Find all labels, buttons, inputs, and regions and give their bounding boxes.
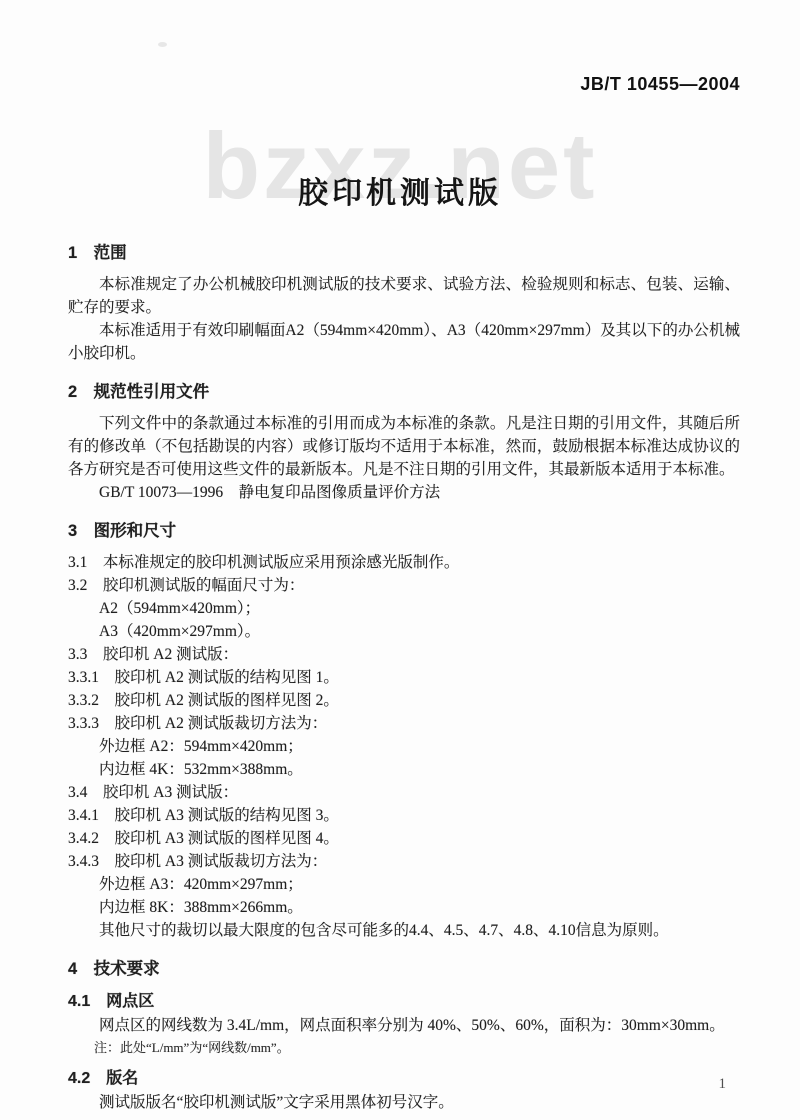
sub-line: 其他尺寸的裁切以最大限度的包含尽可能多的4.4、4.5、4.7、4.8、4.10… — [68, 919, 740, 942]
paragraph: 本标准规定了办公机械胶印机测试版的技术要求、试验方法、检验规则和标志、包装、运输… — [68, 273, 740, 319]
clause-line: 3.3.3 胶印机 A2 测试版裁切方法为： — [68, 712, 740, 735]
clause-line: 3.3.1 胶印机 A2 测试版的结构见图 1。 — [68, 666, 740, 689]
scanned-page: JB/T 10455—2004 bzxz.net 胶印机测试版 1 范围本标准规… — [0, 0, 800, 1120]
page-title: 胶印机测试版 — [0, 168, 800, 212]
sub-line: 网点区的网线数为 3.4L/mm，网点面积率分别为 40%、50%、60%，面积… — [68, 1014, 740, 1037]
section-heading: 1 范围 — [68, 242, 740, 265]
sub-line: 内边框 8K：388mm×266mm。 — [68, 896, 740, 919]
clause-line: 3.4 胶印机 A3 测试版： — [68, 781, 740, 804]
standard-code: JB/T 10455—2004 — [580, 74, 740, 95]
sub-line: 测试版版名“胶印机测试版”文字采用黑体初号汉字。 — [68, 1091, 740, 1114]
scan-artifact — [158, 42, 167, 47]
section-heading: 2 规范性引用文件 — [68, 381, 740, 404]
clause-line: 3.4.2 胶印机 A3 测试版的图样见图 4。 — [68, 827, 740, 850]
paragraph: 下列文件中的条款通过本标准的引用而成为本标准的条款。凡是注日期的引用文件，其随后… — [68, 412, 740, 481]
paragraph: 本标准适用于有效印刷幅面A2（594mm×420mm）、A3（420mm×297… — [68, 319, 740, 365]
clause-heading: 4.2 版名 — [68, 1067, 740, 1090]
sub-line: 内边框 4K：532mm×388mm。 — [68, 758, 740, 781]
section-heading: 3 图形和尺寸 — [68, 520, 740, 543]
clause-line: 3.4.1 胶印机 A3 测试版的结构见图 3。 — [68, 804, 740, 827]
clause-line: 3.2 胶印机测试版的幅面尺寸为： — [68, 574, 740, 597]
clause-heading: 4.1 网点区 — [68, 990, 740, 1013]
sub-line: 外边框 A3：420mm×297mm； — [68, 873, 740, 896]
sub-line: A3（420mm×297mm）。 — [68, 620, 740, 643]
section-heading: 4 技术要求 — [68, 958, 740, 981]
clause-line: 3.3 胶印机 A2 测试版： — [68, 643, 740, 666]
document-body: 1 范围本标准规定了办公机械胶印机测试版的技术要求、试验方法、检验规则和标志、包… — [68, 226, 740, 1114]
sub-line: A2（594mm×420mm）； — [68, 597, 740, 620]
sub-line: GB/T 10073—1996 静电复印品图像质量评价方法 — [68, 481, 740, 504]
clause-line: 3.3.2 胶印机 A2 测试版的图样见图 2。 — [68, 689, 740, 712]
clause-line: 3.1 本标准规定的胶印机测试版应采用预涂感光版制作。 — [68, 551, 740, 574]
note-line: 注：此处“L/mm”为“网线数/mm”。 — [68, 1037, 740, 1058]
sub-line: 外边框 A2：594mm×420mm； — [68, 735, 740, 758]
clause-line: 3.4.3 胶印机 A3 测试版裁切方法为： — [68, 850, 740, 873]
